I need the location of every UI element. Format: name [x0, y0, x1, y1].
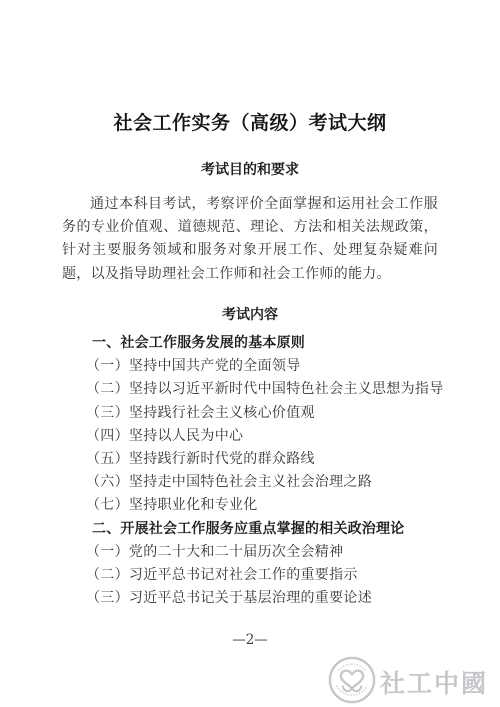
page-number: —2— [0, 631, 500, 649]
heart-hands-emblem-icon [328, 656, 376, 704]
outline-item: （五）坚持践行新时代党的群众路线 [62, 448, 454, 471]
outline-item: （二）习近平总书记对社会工作的重要指示 [62, 564, 454, 587]
outline-item: （二）坚持以习近平新时代中国特色社会主义思想为指导 [62, 378, 454, 401]
outline-item: （七）坚持职业化和专业化 [62, 494, 454, 517]
purpose-heading: 考试目的和要求 [0, 160, 500, 180]
content-heading: 考试内容 [0, 305, 500, 325]
document-title: 社会工作实务（高级）考试大纲 [0, 110, 500, 137]
outline-item: （三）习近平总书记关于基层治理的重要论述 [62, 587, 454, 610]
purpose-paragraph: 通过本科目考试，考察评价全面掌握和运用社会工作服务的专业价值观、道德规范、理论、… [62, 193, 438, 286]
outline-item: （一）党的二十大和二十届历次全会精神 [62, 541, 454, 564]
exam-outline: 一、社会工作服务发展的基本原则 （一）坚持中国共产党的全面领导 （二）坚持以习近… [62, 332, 454, 610]
outline-section-1-heading: 一、社会工作服务发展的基本原则 [62, 332, 454, 355]
document-page: 社会工作实务（高级）考试大纲 考试目的和要求 通过本科目考试，考察评价全面掌握和… [0, 0, 500, 707]
outline-item: （四）坚持以人民为中心 [62, 425, 454, 448]
watermark: 社工中國 [328, 656, 488, 704]
outline-item: （一）坚持中国共产党的全面领导 [62, 355, 454, 378]
outline-item: （三）坚持践行社会主义核心价值观 [62, 402, 454, 425]
outline-item: （六）坚持走中国特色社会主义社会治理之路 [62, 471, 454, 494]
watermark-text: 社工中國 [380, 664, 488, 700]
outline-section-2-heading: 二、开展社会工作服务应重点掌握的相关政治理论 [62, 518, 454, 541]
